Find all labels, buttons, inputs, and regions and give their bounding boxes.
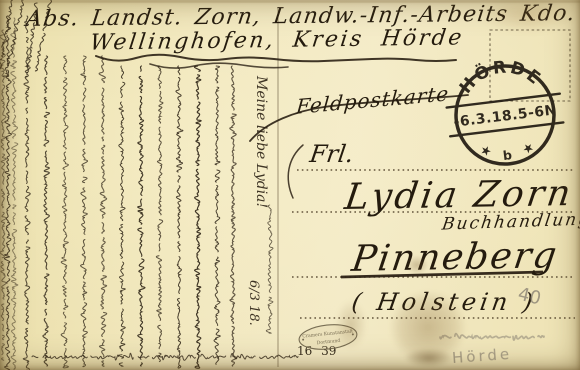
region-name: ( Holstein ) [350,290,538,314]
publisher-stamp: Cramers Kunstanstalt Dortmund [296,322,360,352]
svg-text:HÖRDE: HÖRDE [453,51,547,99]
message-greeting: Meine liebe Lydia! [253,75,269,208]
postmark-date: -6.3.18.5-6N [453,102,558,131]
recipient-detail: Buchhandlung [441,211,580,233]
message-date: 6/3 18. [246,280,261,326]
postmark-town: HÖRDE [453,51,547,99]
postcard-scan: Meine liebe Lydia! 6/3 18. Abs. Landst. … [0,0,580,370]
recipient-name: Lydia Zorn [342,176,575,216]
city-name: Pinneberg [349,238,560,278]
address-salutation: Frl. [308,142,355,166]
sender-line-2: Wellinghofen, Kreis Hörde [89,27,466,54]
postmark-stamp: HÖRDE -6.3.18.5-6N ★ b ★ [441,51,569,179]
